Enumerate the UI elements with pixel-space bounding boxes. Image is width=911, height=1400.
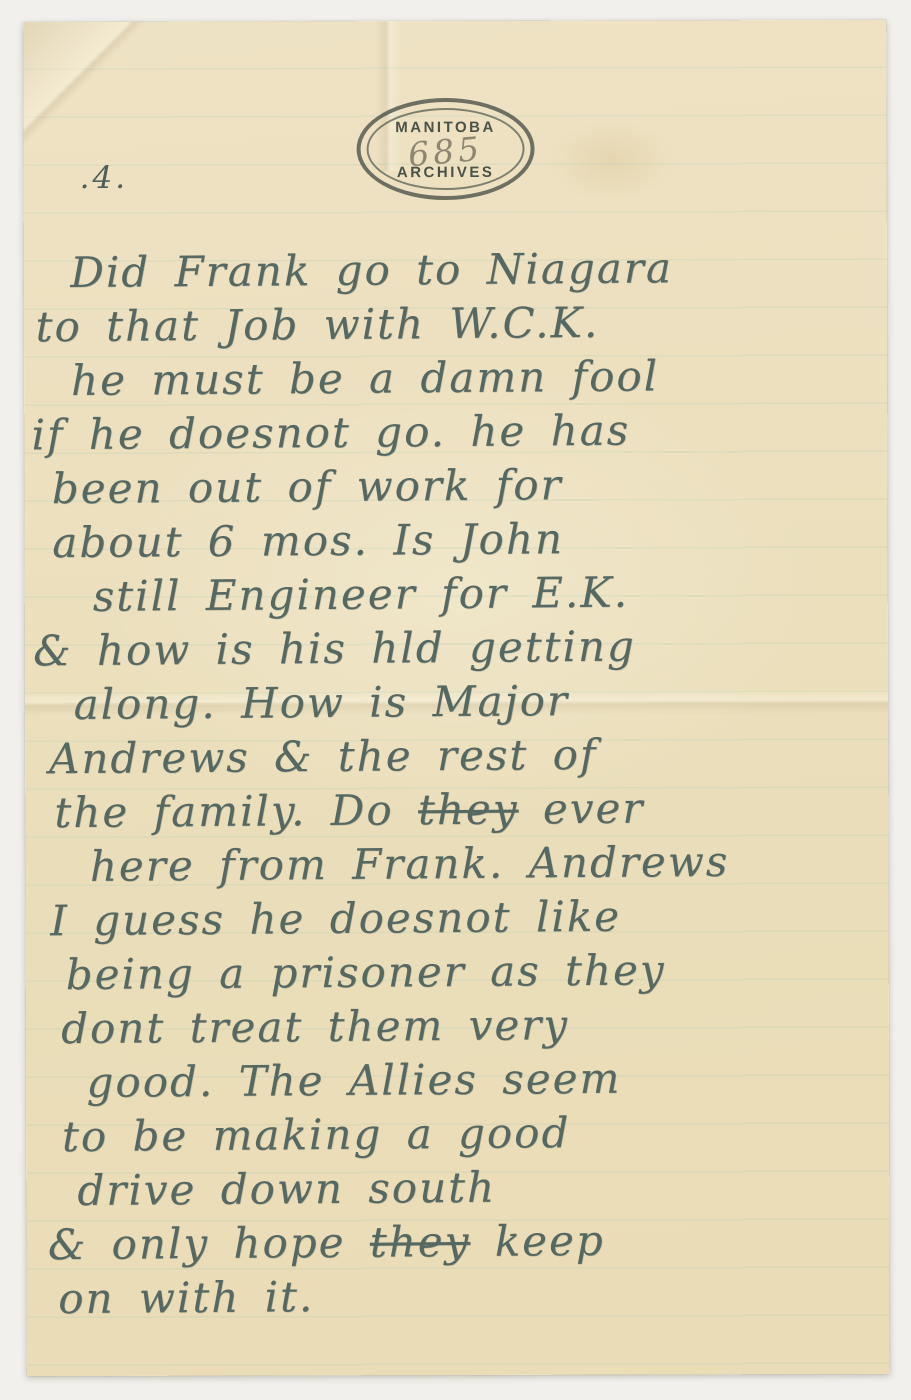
letter-line: along. How is Major	[24, 672, 887, 733]
letter-line: been out of work for	[23, 456, 886, 517]
struck-word: they	[418, 785, 519, 835]
letter-line: he must be a damn fool	[22, 348, 885, 409]
letter-line: to that Job with W.C.K.	[21, 294, 884, 355]
letter-line: on with it.	[29, 1266, 892, 1327]
letter-line: good. The Allies seem	[27, 1050, 890, 1111]
letter-line: Andrews & the rest of	[25, 726, 888, 787]
struck-word: they	[370, 1217, 471, 1267]
letter-line: I guess he doesnot like	[26, 888, 889, 949]
letter-line: drive down south	[28, 1158, 891, 1219]
letter-line: still Engineer for E.K.	[24, 564, 887, 625]
letter-line: Did Frank go to Niagara	[21, 240, 884, 301]
letter-line: if he doesnot go. he has	[22, 402, 885, 463]
letter-line: the family. Do they ever	[25, 780, 888, 841]
letter-line: about 6 mos. Is John	[23, 510, 886, 571]
stamp-org-type: ARCHIVES	[361, 164, 531, 181]
page-number: .4.	[80, 160, 129, 196]
letter-line: here from Frank. Andrews	[26, 834, 889, 895]
letter-line: & only hope they keep	[29, 1212, 892, 1273]
scan-background: { "stamp": { "org_top": "MANITOBA", "num…	[0, 0, 911, 1400]
letter-line: & how is his hld getting	[24, 618, 887, 679]
letter-line: dont treat them very	[27, 996, 890, 1057]
letter-line: being a prisoner as they	[27, 942, 890, 1003]
fold-crease-top-left	[23, 22, 203, 152]
archives-stamp: MANITOBA 685 ARCHIVES	[356, 98, 534, 200]
letter-body: Did Frank go to Niagarato that Job with …	[21, 240, 892, 1327]
letter-line: to be making a good	[28, 1104, 891, 1165]
letter-page: MANITOBA 685 ARCHIVES .4. Did Frank go t…	[23, 20, 890, 1376]
